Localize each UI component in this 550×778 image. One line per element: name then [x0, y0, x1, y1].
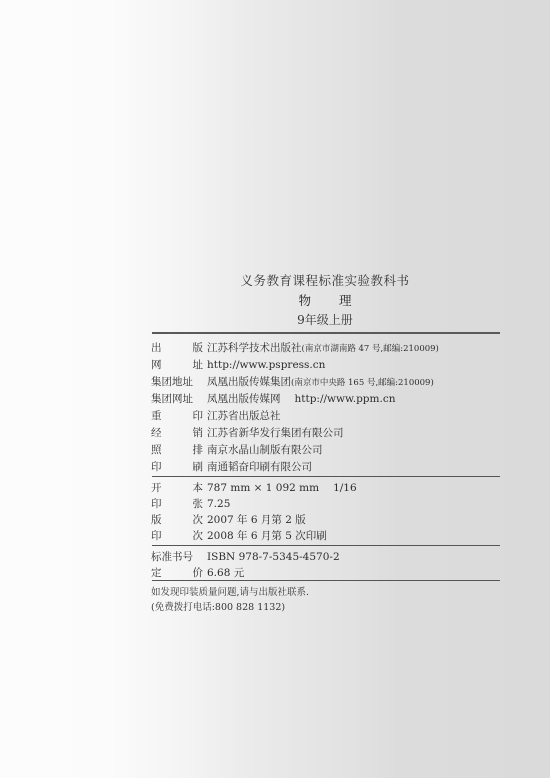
row-label: 开本 [151, 481, 203, 496]
edition: 2007 年 6 月第 2 版 [207, 514, 306, 526]
label-char: 销 [193, 426, 204, 441]
row-distributor: 经销 江苏省新华发行集团有限公司 [151, 426, 501, 441]
row-label: 网址 [151, 358, 203, 373]
series-title: 义务教育课程标准实验教科书 [150, 275, 500, 288]
row-value: 江苏省新华发行集团有限公司 [207, 426, 344, 441]
row-value: 7.25 [207, 497, 230, 512]
label-char: 张 [193, 497, 204, 512]
row-value: 凤凰出版传媒网http://www.ppm.cn [207, 392, 395, 407]
distributor: 江苏省新华发行集团有限公司 [207, 427, 344, 439]
row-value: 6.68 元 [207, 566, 244, 581]
label-char: 版 [193, 341, 204, 356]
page-size: 787 mm × 1 092 mm [207, 482, 319, 494]
row-sheets: 印张 7.25 [151, 497, 501, 512]
label-char: 定 [151, 566, 162, 581]
row-label: 重印 [151, 409, 203, 424]
row-format: 开本 787 mm × 1 092 mm1/16 [151, 481, 501, 496]
row-reprint: 重印 江苏省出版总社 [151, 409, 501, 424]
isbn: ISBN 978-7-5345-4570-2 [207, 551, 340, 563]
row-group-website: 集团网址 凤凰出版传媒网http://www.ppm.cn [151, 392, 501, 407]
row-label: 定价 [151, 566, 203, 581]
row-website: 网址 http://www.pspress.cn [151, 358, 501, 373]
divider-3 [152, 545, 500, 546]
label-char: 次 [193, 529, 204, 544]
group-address: (南京市中央路 165 号,邮编:210009) [291, 378, 434, 388]
label-char: 址 [193, 358, 204, 373]
label-char: 照 [151, 443, 162, 458]
subject-title: 物 理 [150, 295, 500, 308]
publisher-url: http://www.pspress.cn [207, 359, 325, 371]
label-char: 网 [151, 358, 162, 373]
row-value: 2008 年 6 月第 5 次印刷 [207, 529, 327, 544]
row-printing: 印次 2008 年 6 月第 5 次印刷 [151, 529, 501, 544]
row-value: 江苏科学技术出版社(南京市湖南路 47 号,邮编:210009) [207, 341, 439, 357]
row-value: ISBN 978-7-5345-4570-2 [207, 550, 340, 565]
label-char: 印 [151, 460, 162, 475]
row-label: 印张 [151, 497, 203, 512]
row-value: 南通韬奋印刷有限公司 [207, 460, 312, 475]
impression: 2008 年 6 月第 5 次印刷 [207, 530, 327, 542]
label-char: 排 [193, 443, 204, 458]
price: 6.68 元 [207, 567, 244, 579]
publisher-name: 江苏科学技术出版社 [207, 342, 302, 354]
fold: 1/16 [333, 482, 357, 494]
row-value: 2007 年 6 月第 2 版 [207, 513, 306, 528]
row-group-address: 集团地址 凤凰出版传媒集团(南京市中央路 165 号,邮编:210009) [151, 375, 501, 390]
divider-4 [152, 580, 500, 581]
label-char: 刷 [193, 460, 204, 475]
printer: 南通韬奋印刷有限公司 [207, 461, 312, 473]
row-publisher: 出版 江苏科学技术出版社(南京市湖南路 47 号,邮编:210009) [151, 341, 501, 356]
label-char: 次 [193, 513, 204, 528]
label-char: 集团地址 [151, 375, 193, 390]
label-char: 集团网址 [151, 392, 193, 407]
divider-top [152, 332, 500, 334]
label-char: 出 [151, 341, 162, 356]
label-char: 版 [151, 513, 162, 528]
printed-sheets: 7.25 [207, 498, 230, 510]
row-label: 出版 [151, 341, 203, 356]
hotline-notice: (免费拨打电话:800 828 1132) [151, 601, 285, 614]
row-value: 南京水晶山制版有限公司 [207, 443, 323, 458]
row-label: 照排 [151, 443, 203, 458]
quality-notice: 如发现印装质量问题,请与出版社联系. [151, 586, 309, 599]
row-label: 经销 [151, 426, 203, 441]
label-char: 印 [193, 409, 204, 424]
row-value: 江苏省出版总社 [207, 409, 281, 424]
label-char: 重 [151, 409, 162, 424]
divider-2 [152, 476, 500, 477]
row-label: 集团网址 [151, 392, 203, 407]
group-url: http://www.ppm.cn [295, 393, 396, 405]
label-char: 印 [151, 497, 162, 512]
row-price: 定价 6.68 元 [151, 566, 501, 581]
row-isbn: 标准书号 ISBN 978-7-5345-4570-2 [151, 550, 501, 565]
group-site-name: 凤凰出版传媒网 [207, 393, 281, 405]
label-char: 标准书号 [151, 550, 193, 565]
label-char: 经 [151, 426, 162, 441]
label-char: 开 [151, 481, 162, 496]
row-label: 印次 [151, 529, 203, 544]
row-label: 标准书号 [151, 550, 203, 565]
row-label: 版次 [151, 513, 203, 528]
typesetter: 南京水晶山制版有限公司 [207, 444, 323, 456]
row-value: 凤凰出版传媒集团(南京市中央路 165 号,邮编:210009) [207, 375, 434, 391]
grade-title: 9年级上册 [150, 314, 500, 326]
label-char: 印 [151, 529, 162, 544]
group-name: 凤凰出版传媒集团 [207, 376, 291, 388]
publisher-address: (南京市湖南路 47 号,邮编:210009) [302, 344, 439, 354]
row-label: 印刷 [151, 460, 203, 475]
label-char: 价 [193, 566, 204, 581]
reprinter: 江苏省出版总社 [207, 410, 281, 422]
row-label: 集团地址 [151, 375, 203, 390]
row-value: http://www.pspress.cn [207, 358, 325, 373]
row-value: 787 mm × 1 092 mm1/16 [207, 481, 357, 496]
label-char: 本 [193, 481, 204, 496]
row-typesetting: 照排 南京水晶山制版有限公司 [151, 443, 501, 458]
row-edition: 版次 2007 年 6 月第 2 版 [151, 513, 501, 528]
row-printer: 印刷 南通韬奋印刷有限公司 [151, 460, 501, 475]
